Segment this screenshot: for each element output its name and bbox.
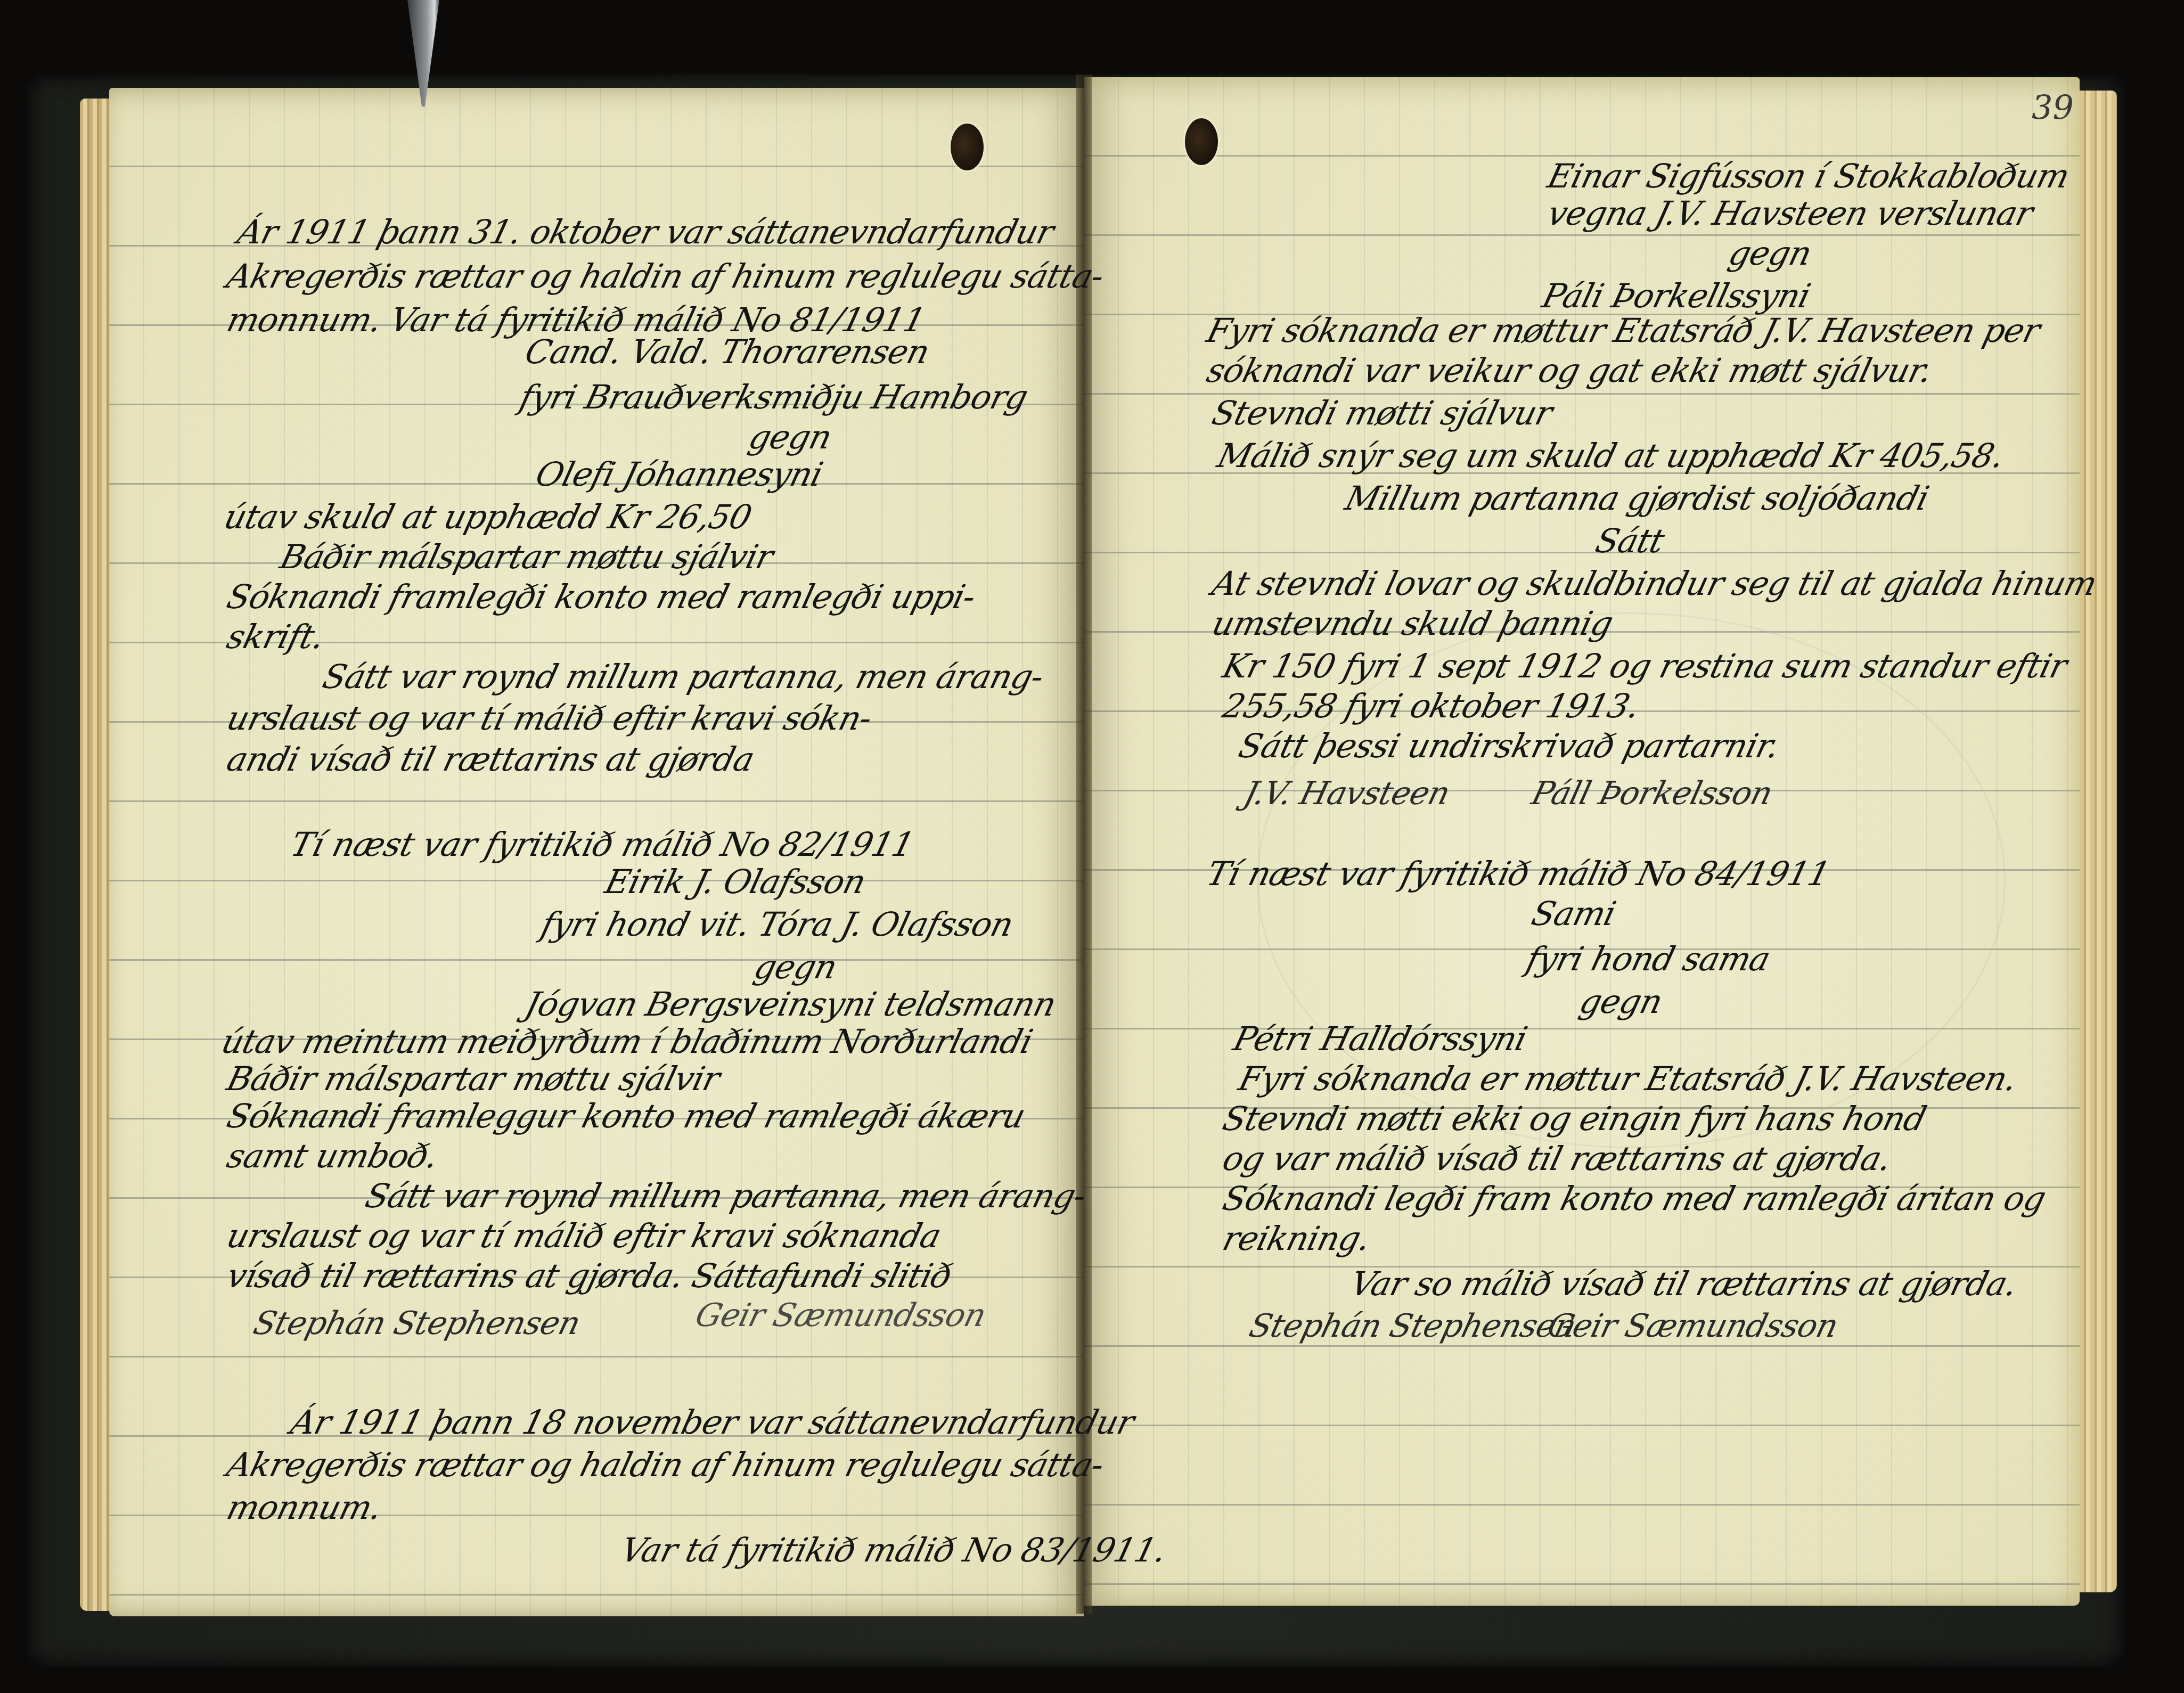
signature-judge: Stephán Stephensen <box>1246 1310 1579 1342</box>
handwritten-line: samt umboð. <box>224 1140 441 1173</box>
handwritten-line: urslaust og var tí málið eftir kravi sók… <box>224 702 875 735</box>
handwritten-line: Sátt þessi undirskrivað partarnir. <box>1236 730 1782 763</box>
handwritten-line: Kr 150 fyri 1 sept 1912 og restina sum s… <box>1220 650 2070 683</box>
punch-hole-left <box>951 124 984 170</box>
signature-defendant: Páll Þorkelsson <box>1528 778 1776 809</box>
handwritten-line: Eirik J. Olafsson <box>602 865 869 898</box>
handwritten-line: Ár 1911 þann 31. oktober var sáttanevnda… <box>234 216 1057 249</box>
handwritten-line: gegn <box>1576 985 1665 1018</box>
handwritten-line: fyri Brauðverksmiðju Hamborg <box>517 381 1031 414</box>
handwritten-line: gegn <box>751 951 840 984</box>
handwritten-line: 255,58 fyri oktober 1913. <box>1220 690 1643 723</box>
handwritten-line: fyri hond vit. Tóra J. Olafsson <box>538 908 1016 941</box>
handwritten-line: Sátt var roynd millum partanna, men áran… <box>320 660 1046 693</box>
handwritten-line: Tí næst var fyritikið málið No 84/1911 <box>1204 857 1833 890</box>
handwritten-line: Var tá fyritikið málið No 83/1911. <box>618 1534 1169 1567</box>
handwritten-line: Sóknandi legði fram konto med ramlegði á… <box>1220 1182 2049 1215</box>
handwritten-line: gegn <box>1725 237 1814 270</box>
handwritten-line: Stevndi møtti ekki og eingin fyri hans h… <box>1220 1102 1929 1135</box>
handwritten-line: Tí næst var fyritikið málið No 82/1911 <box>288 828 917 861</box>
signature-judge: Stephán Stephensen <box>250 1307 583 1339</box>
handwritten-line: Fyri sóknanda er møttur Etatsráð J.V. Ha… <box>1236 1062 2020 1095</box>
handwritten-line: skrift. <box>224 620 328 653</box>
handwritten-line: Sóknandi framleggur konto med ramlegði á… <box>224 1100 1028 1133</box>
handwritten-line: Pétri Halldórssyni <box>1230 1023 1530 1056</box>
handwritten-line: útav meintum meiðyrðum í blaðinum Norður… <box>218 1025 1036 1058</box>
handwritten-line: sóknandi var veikur og gat ekki møtt sjá… <box>1204 354 1935 387</box>
handwritten-line: urslaust og var tí málið eftir kravi sók… <box>224 1220 944 1253</box>
handwritten-line: Einar Sigfússon í Stokkabloðum <box>1544 160 2073 193</box>
handwritten-line: Fyri sóknanda er møttur Etatsráð J.V. Ha… <box>1204 314 2043 347</box>
handwritten-line: Málið snýr seg um skuld at upphædd Kr 40… <box>1214 439 2007 472</box>
handwritten-line: At stevndi lovar og skuldbindur seg til … <box>1209 567 2100 600</box>
handwritten-line: Olefi Jóhannesyni <box>533 458 826 491</box>
handwritten-line: Páli Þorkellssyni <box>1539 280 1813 313</box>
handwritten-line: Var so málið vísað til rættarins at gjør… <box>1347 1267 2021 1301</box>
handwritten-line: reikning. <box>1220 1222 1373 1255</box>
handwritten-line: Stevndi møtti sjálvur <box>1209 397 1556 430</box>
handwritten-line: Ár 1911 þann 18 november var sáttanevnda… <box>288 1406 1137 1439</box>
handwritten-line: Sami <box>1528 897 1619 930</box>
handwritten-line: vísað til rættarins at gjørda. Sáttafund… <box>224 1259 955 1293</box>
handwritten-line: umstevndu skuld þannig <box>1209 607 1616 640</box>
handwritten-line: Millum partanna gjørdist soljóðandi <box>1342 482 1932 515</box>
handwritten-line: og var málið vísað til rættarins at gjør… <box>1220 1142 1894 1175</box>
handwritten-line: Sátt var roynd millum partanna, men áran… <box>362 1180 1089 1213</box>
page-number: 39 <box>2032 88 2074 127</box>
handwritten-line: Sátt <box>1592 525 1667 558</box>
signature-plaintiff: J.V. Havsteen <box>1241 778 1453 809</box>
handwritten-line: Báðir málspartar møttu sjálvir <box>277 541 776 574</box>
handwritten-line: Cand. Vald. Thorarensen <box>522 336 933 369</box>
right-page-stack <box>2080 91 2117 1592</box>
handwritten-line: Sóknandi framlegði konto med ramlegði up… <box>224 580 979 614</box>
signature-mediator: Geir Sæmundsson <box>692 1299 989 1331</box>
handwritten-line: útav skuld at upphædd Kr 26,50 <box>221 501 755 534</box>
handwritten-line: monnum. Var tá fyritikið málið No 81/191… <box>224 304 928 337</box>
handwritten-line: Báðir málspartar møttu sjálvir <box>224 1062 723 1095</box>
punch-hole-right <box>1185 118 1218 165</box>
handwritten-line: gegn <box>746 421 835 454</box>
book-gutter <box>1076 75 1092 1614</box>
handwritten-line: Akregerðis rættar og haldin af hinum reg… <box>224 1449 1107 1482</box>
handwritten-line: Jógvan Bergsveinsyni teldsmann <box>522 988 1059 1021</box>
handwritten-line: andi vísað til rættarins at gjørda <box>224 743 757 776</box>
handwritten-line: vegna J.V. Havsteen verslunar <box>1544 197 2036 230</box>
signature-mediator: Geir Sæmundsson <box>1544 1310 1841 1342</box>
handwritten-line: monnum. <box>224 1491 385 1524</box>
handwritten-line: fyri hond sama <box>1523 943 1773 976</box>
handwritten-line: Akregerðis rættar og haldin af hinum reg… <box>224 260 1107 293</box>
